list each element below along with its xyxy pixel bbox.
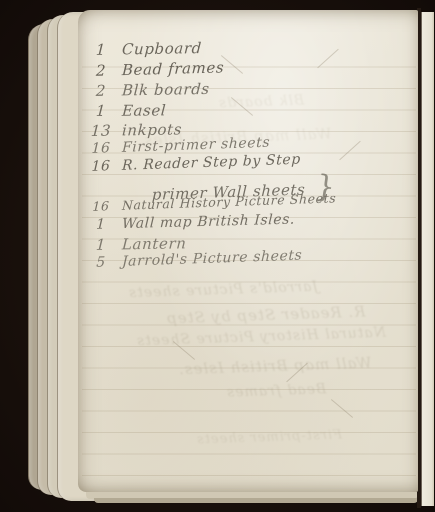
item-text: Wall map British Isles. — [122, 212, 296, 233]
item-quantity: 1 — [87, 102, 114, 120]
inventory-row: 1Cupboard — [88, 39, 203, 59]
item-quantity: 16 — [88, 198, 115, 214]
item-quantity: 16 — [88, 140, 115, 157]
item-quantity: 1 — [88, 41, 115, 59]
item-text: Bead frames — [122, 58, 225, 79]
item-text: Lantern — [122, 234, 187, 253]
item-quantity: 2 — [88, 82, 115, 100]
item-text: Easel — [121, 101, 166, 119]
show-through-writing: Blk boards — [218, 92, 305, 111]
item-quantity: 2 — [88, 61, 115, 80]
item-quantity: 5 — [88, 254, 115, 271]
item-text: Blk boards — [122, 80, 211, 100]
inventory-row: 2Blk boards — [88, 80, 211, 100]
inventory-list: 1Cupboard 2Bead frames 2Blk boards 1Ease… — [78, 10, 418, 492]
item-quantity: 16 — [88, 158, 115, 175]
notebook-page: 1Cupboard 2Bead frames 2Blk boards 1Ease… — [78, 10, 418, 492]
item-quantity: 13 — [88, 122, 115, 140]
inventory-row: 2Bead frames — [88, 58, 225, 80]
bottom-page-edge — [94, 498, 418, 503]
item-quantity: 1 — [88, 236, 115, 254]
inventory-row: 1Wall map British Isles. — [88, 212, 296, 233]
photographed-notebook: 1Cupboard 2Bead frames 2Blk boards 1Ease… — [0, 0, 435, 512]
inventory-row: 1Easel — [87, 101, 166, 120]
item-text: Cupboard — [122, 39, 203, 58]
adjacent-page-edge — [421, 12, 434, 506]
item-quantity: 1 — [88, 216, 115, 233]
